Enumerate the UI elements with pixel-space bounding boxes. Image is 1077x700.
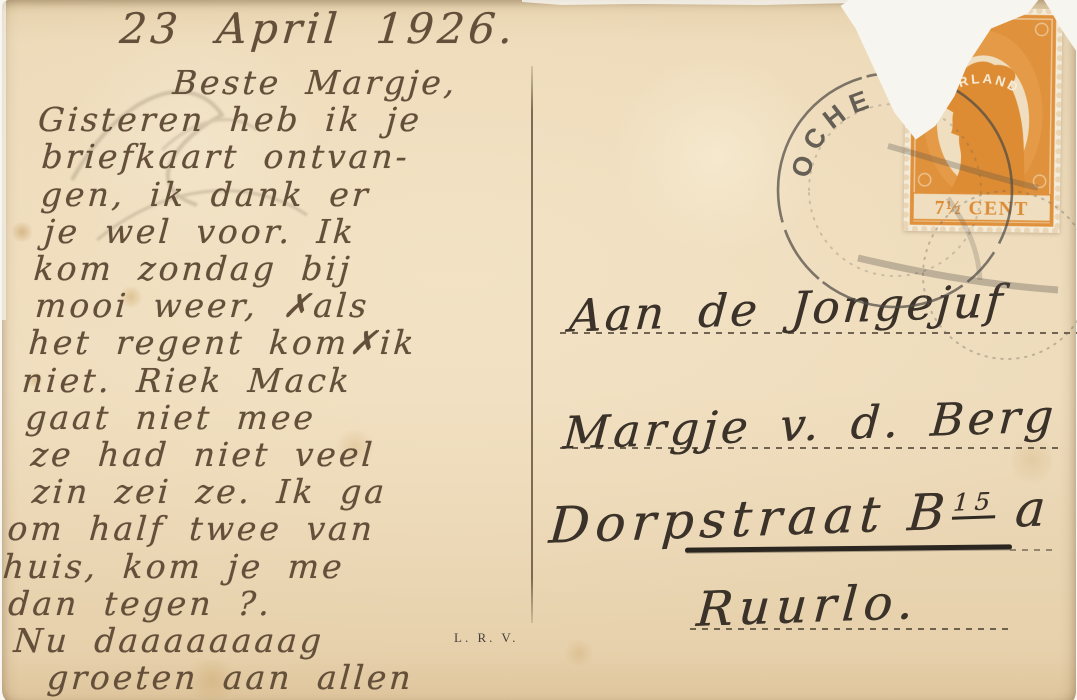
message-line: zin zei ze. Ik ga [31,473,522,510]
stamp-value-text: 7½ CENT [935,198,1030,220]
message-line: briefkaart ontvan- [40,138,545,175]
postcard-back: L. R. V. 23 April 1926. Beste Margje,Gis… [2,0,1076,700]
address-street: Dorpstraat B15a [547,479,1053,554]
postage-stamp: NEDERLAND 7½ CENT [903,7,1062,233]
stamp-graphic: NEDERLAND 7½ CENT [903,7,1062,233]
svg-text:OCHE: OCHE [786,83,879,181]
message-line: gaat niet mee [24,399,527,436]
message-line: huis, kom je me [2,548,517,585]
message-line: mooi weer, ✗als [34,287,535,324]
address-dotted-line-3 [1010,549,1054,551]
message-line: dan tegen ?. [7,585,514,622]
message-line: je wel voor. Ik [43,213,540,250]
address-town: Ruurlo. [695,574,921,638]
message-line: niet. Riek Mack [21,362,530,399]
address-recipient-name: Margje v. d. Berg [561,389,1058,459]
message-line: het regent kom✗ik [27,324,532,361]
foxing-spot [562,640,596,666]
message-line: kom zondag bij [33,250,538,287]
address-house-number-sup: 15 [952,488,997,520]
message-line: Gisteren heb ik je [37,101,548,138]
message-line: ze had niet veel [29,436,524,473]
address-street-text: Dorpstraat B [547,483,952,555]
torn-top-edge [522,0,852,5]
message-lines: Beste Margje,Gisteren heb ik jebriefkaar… [0,64,550,696]
date-line: 23 April 1926. [118,4,519,53]
left-edge-sliver [2,0,6,320]
message-line: om half twee van [6,510,519,547]
postmark-town-text: OCHE [786,83,879,181]
message-line: gen, ik dank er [40,176,543,213]
address-house-suffix: a [1013,479,1053,538]
message-line: Beste Margje, [172,64,551,101]
light-patch [602,60,832,250]
message-line: Nu daaaaaaaag [12,622,511,659]
message-line: groeten aan allen [46,659,509,696]
